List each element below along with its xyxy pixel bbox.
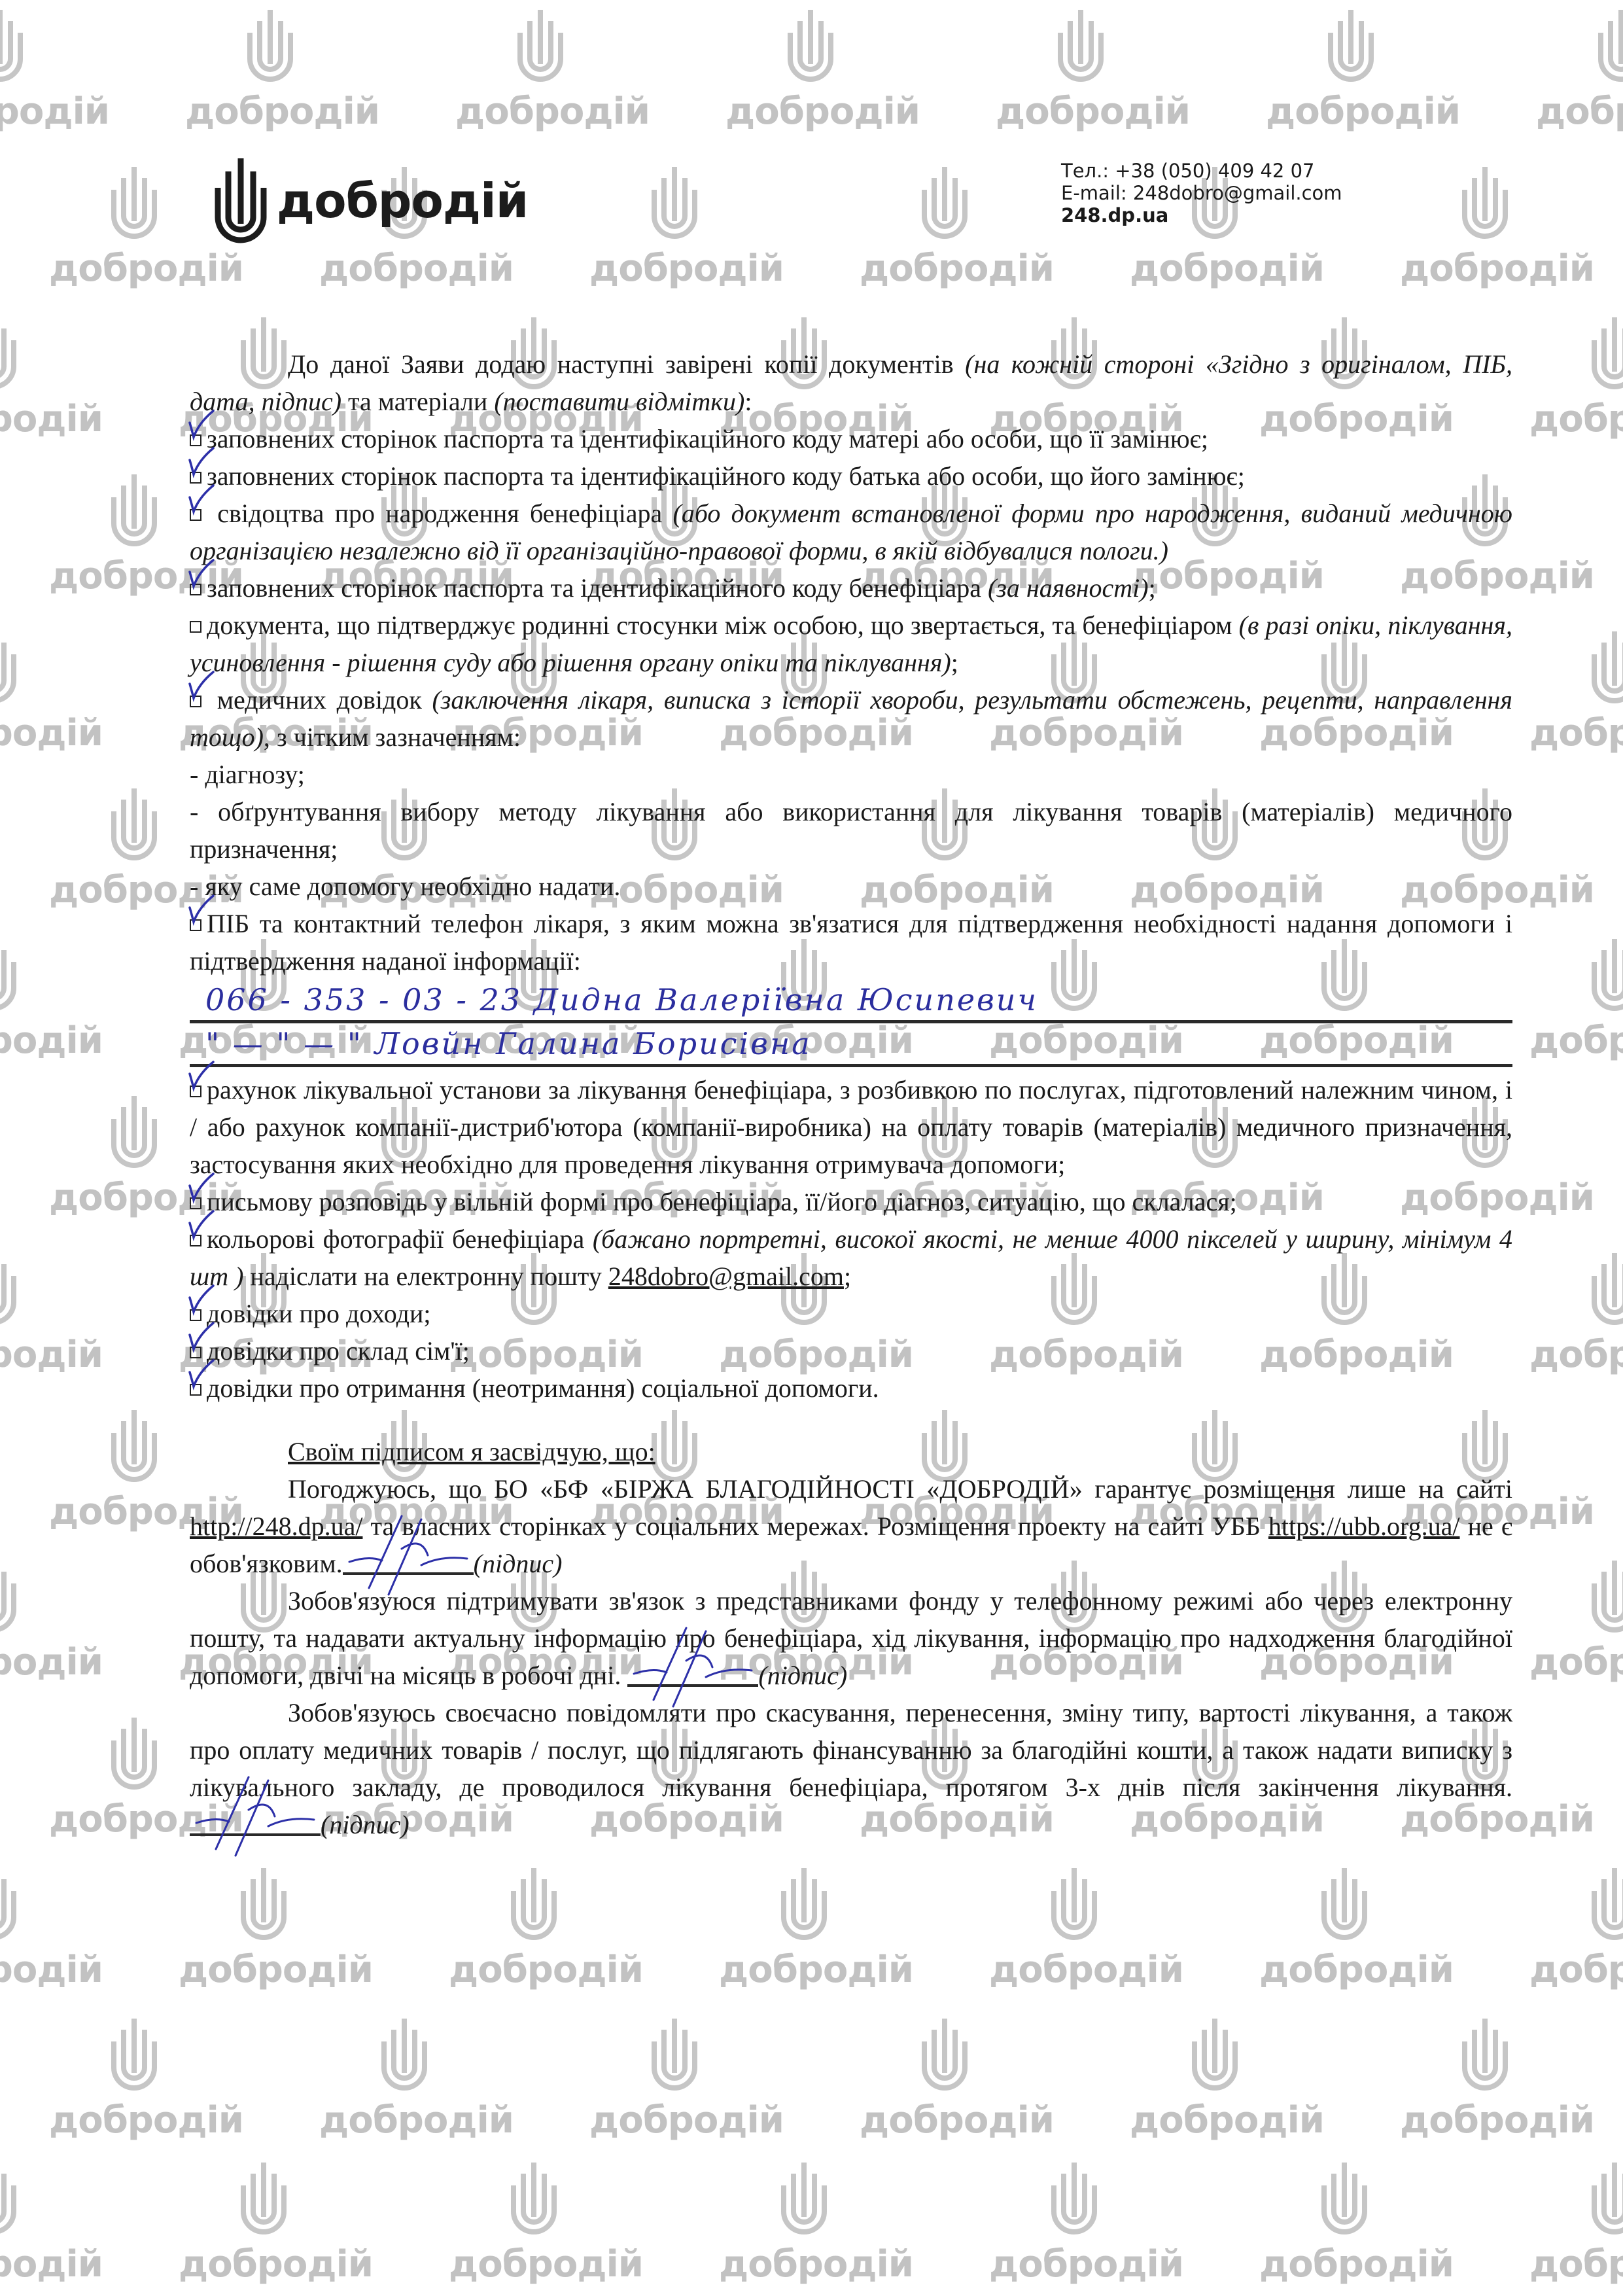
item-text: документа, що підтверджує родинні стосун… <box>207 610 1239 640</box>
medical-point: - діагнозу; <box>190 756 1512 793</box>
intro-paragraph: До даної Заяви додаю наступні завірені к… <box>190 345 1512 420</box>
certification-heading: Своїм підписом я засвідчую, що: <box>190 1433 1512 1470</box>
signature-label: (підпис) <box>474 1549 563 1578</box>
handwritten-text: " — " — " Ловйн Галина Борисівна <box>205 1025 812 1063</box>
signature-field-2[interactable] <box>627 1661 758 1687</box>
item-text: довідки про доходи; <box>207 1299 431 1328</box>
certification-paragraph-1: Погоджуюсь, що БО «БФ «БІРЖА БЛАГОДІЙНОС… <box>190 1470 1512 1582</box>
checkbox[interactable] <box>190 509 201 521</box>
checklist-item[interactable]: заповнених сторінок паспорта та ідентифі… <box>190 457 1512 495</box>
signature-label: (підпис) <box>321 1810 410 1839</box>
email-link[interactable]: 248dobro@gmail.com <box>608 1262 844 1291</box>
contact-block: Тел.: +38 (050) 409 42 07 E-mail: 248dob… <box>1061 160 1342 226</box>
handwritten-doctor-line-2[interactable]: " — " — " Ловйн Галина Борисівна <box>190 1023 1512 1067</box>
item-text: письмову розповідь у вільній формі про б… <box>207 1187 1237 1216</box>
medical-point: - обґрунтування вибору методу лікування … <box>190 793 1512 868</box>
link-248-dp-ua[interactable]: http://248.dp.ua/ <box>190 1511 362 1541</box>
checklist-item[interactable]: рахунок лікувальної установи за лікуванн… <box>190 1071 1512 1183</box>
signature-label: (підпис) <box>758 1661 847 1690</box>
checklist-item[interactable]: кольорові фотографії бенефіціара (бажано… <box>190 1220 1512 1295</box>
item-text: довідки про отримання (неотримання) соці… <box>207 1373 879 1403</box>
checklist-item[interactable]: заповнених сторінок паспорта та ідентифі… <box>190 420 1512 457</box>
item-text-after: надіслати на електронну пошту <box>243 1262 608 1291</box>
checkbox[interactable] <box>190 1347 201 1358</box>
item-text: медичних довідок <box>207 685 432 715</box>
item-text: рахунок лікувальної установи за лікуванн… <box>190 1075 1512 1179</box>
item-text-after: ; <box>1149 573 1156 603</box>
document-body: До даної Заяви додаю наступні завірені к… <box>190 345 1512 1843</box>
document-checklist-2: рахунок лікувальної установи за лікуванн… <box>190 1071 1512 1407</box>
checkbox[interactable] <box>190 584 201 595</box>
checkbox[interactable] <box>190 472 201 484</box>
link-ubb-org-ua[interactable]: https://ubb.org.ua/ <box>1268 1511 1460 1541</box>
logo: добродій <box>213 152 528 250</box>
checkbox[interactable] <box>190 621 201 633</box>
checkbox[interactable] <box>190 696 201 707</box>
document-checklist: заповнених сторінок паспорта та ідентифі… <box>190 420 1512 756</box>
checklist-item[interactable]: довідки про склад сім'ї; <box>190 1332 1512 1369</box>
contact-email: E-mail: 248dobro@gmail.com <box>1061 182 1342 204</box>
certification-paragraph-3: Зобов'язуюсь своєчасно повідомляти про с… <box>190 1694 1512 1843</box>
checkbox[interactable] <box>190 1384 201 1396</box>
item-text: ПІБ та контактний телефон лікаря, з яким… <box>190 909 1512 976</box>
item-text: кольорові фотографії бенефіціара <box>207 1224 593 1254</box>
contact-website: 248.dp.ua <box>1061 204 1342 226</box>
item-text: заповнених сторінок паспорта та ідентифі… <box>207 461 1245 491</box>
cert-text: Зобов'язуюсь своєчасно повідомляти про с… <box>190 1698 1512 1802</box>
checkbox[interactable] <box>190 434 201 446</box>
signature-icon <box>627 1621 758 1713</box>
checklist-item[interactable]: свідоцтва про народження бенефіціара (аб… <box>190 495 1512 569</box>
contact-phone: Тел.: +38 (050) 409 42 07 <box>1061 160 1342 182</box>
checkbox[interactable] <box>190 1086 201 1097</box>
checklist-item[interactable]: довідки про отримання (неотримання) соці… <box>190 1369 1512 1407</box>
checklist-item[interactable]: медичних довідок (заключення лікаря, вип… <box>190 681 1512 756</box>
item-text: довідки про склад сім'ї; <box>207 1336 470 1366</box>
checklist-item[interactable]: довідки про доходи; <box>190 1295 1512 1332</box>
intro-colon: : <box>744 387 752 416</box>
cert-text: та власних сторінках у соціальних мережа… <box>362 1511 1268 1541</box>
checkbox[interactable] <box>190 1235 201 1246</box>
cert-text: Погоджуюсь, що БО «БФ «БІРЖА БЛАГОДІЙНОС… <box>288 1474 1512 1504</box>
checkbox[interactable] <box>190 1309 201 1321</box>
item-text: свідоцтва про народження бенефіціара <box>207 499 673 528</box>
signature-field-1[interactable] <box>343 1549 474 1575</box>
handwritten-doctor-line-1[interactable]: 066 - 353 - 03 - 23 Дидна Валеріївна Юси… <box>190 980 1512 1023</box>
checkbox[interactable] <box>190 1197 201 1209</box>
item-text-after: ; <box>951 648 958 677</box>
signature-icon <box>190 1771 321 1862</box>
item-note: (за наявності) <box>988 573 1149 603</box>
document-page: добродій Тел.: +38 (050) 409 42 07 E-mai… <box>0 0 1623 2296</box>
signature-field-3[interactable] <box>190 1810 321 1836</box>
checklist-item[interactable]: документа, що підтверджує родинні стосун… <box>190 607 1512 681</box>
item-tail: ; <box>844 1262 851 1291</box>
item-text: заповнених сторінок паспорта та ідентифі… <box>207 424 1208 453</box>
logo-text: добродій <box>277 173 528 228</box>
medical-points-list: - діагнозу;- обґрунтування вибору методу… <box>190 756 1512 905</box>
hand-logo-icon <box>213 152 269 250</box>
intro-text: та матеріали <box>341 387 494 416</box>
medical-point: - яку саме допомогу необхідно надати. <box>190 868 1512 905</box>
checklist-item[interactable]: письмову розповідь у вільній формі про б… <box>190 1183 1512 1220</box>
intro-note: (поставити відмітки) <box>494 387 744 416</box>
checkbox[interactable] <box>190 919 201 931</box>
item-text-after: , з чітким зазначенням: <box>264 722 521 752</box>
checklist-item[interactable]: заповнених сторінок паспорта та ідентифі… <box>190 569 1512 607</box>
checklist-item-doctor-contact[interactable]: ПІБ та контактний телефон лікаря, з яким… <box>190 905 1512 980</box>
signature-icon <box>343 1510 474 1601</box>
item-text: заповнених сторінок паспорта та ідентифі… <box>207 573 988 603</box>
handwritten-text: 066 - 353 - 03 - 23 Дидна Валеріївна Юси… <box>205 981 1038 1019</box>
cert-text: Зобов'язуюся підтримувати зв'язок з пред… <box>190 1586 1512 1690</box>
intro-text: До даної Заяви додаю наступні завірені к… <box>288 349 965 379</box>
